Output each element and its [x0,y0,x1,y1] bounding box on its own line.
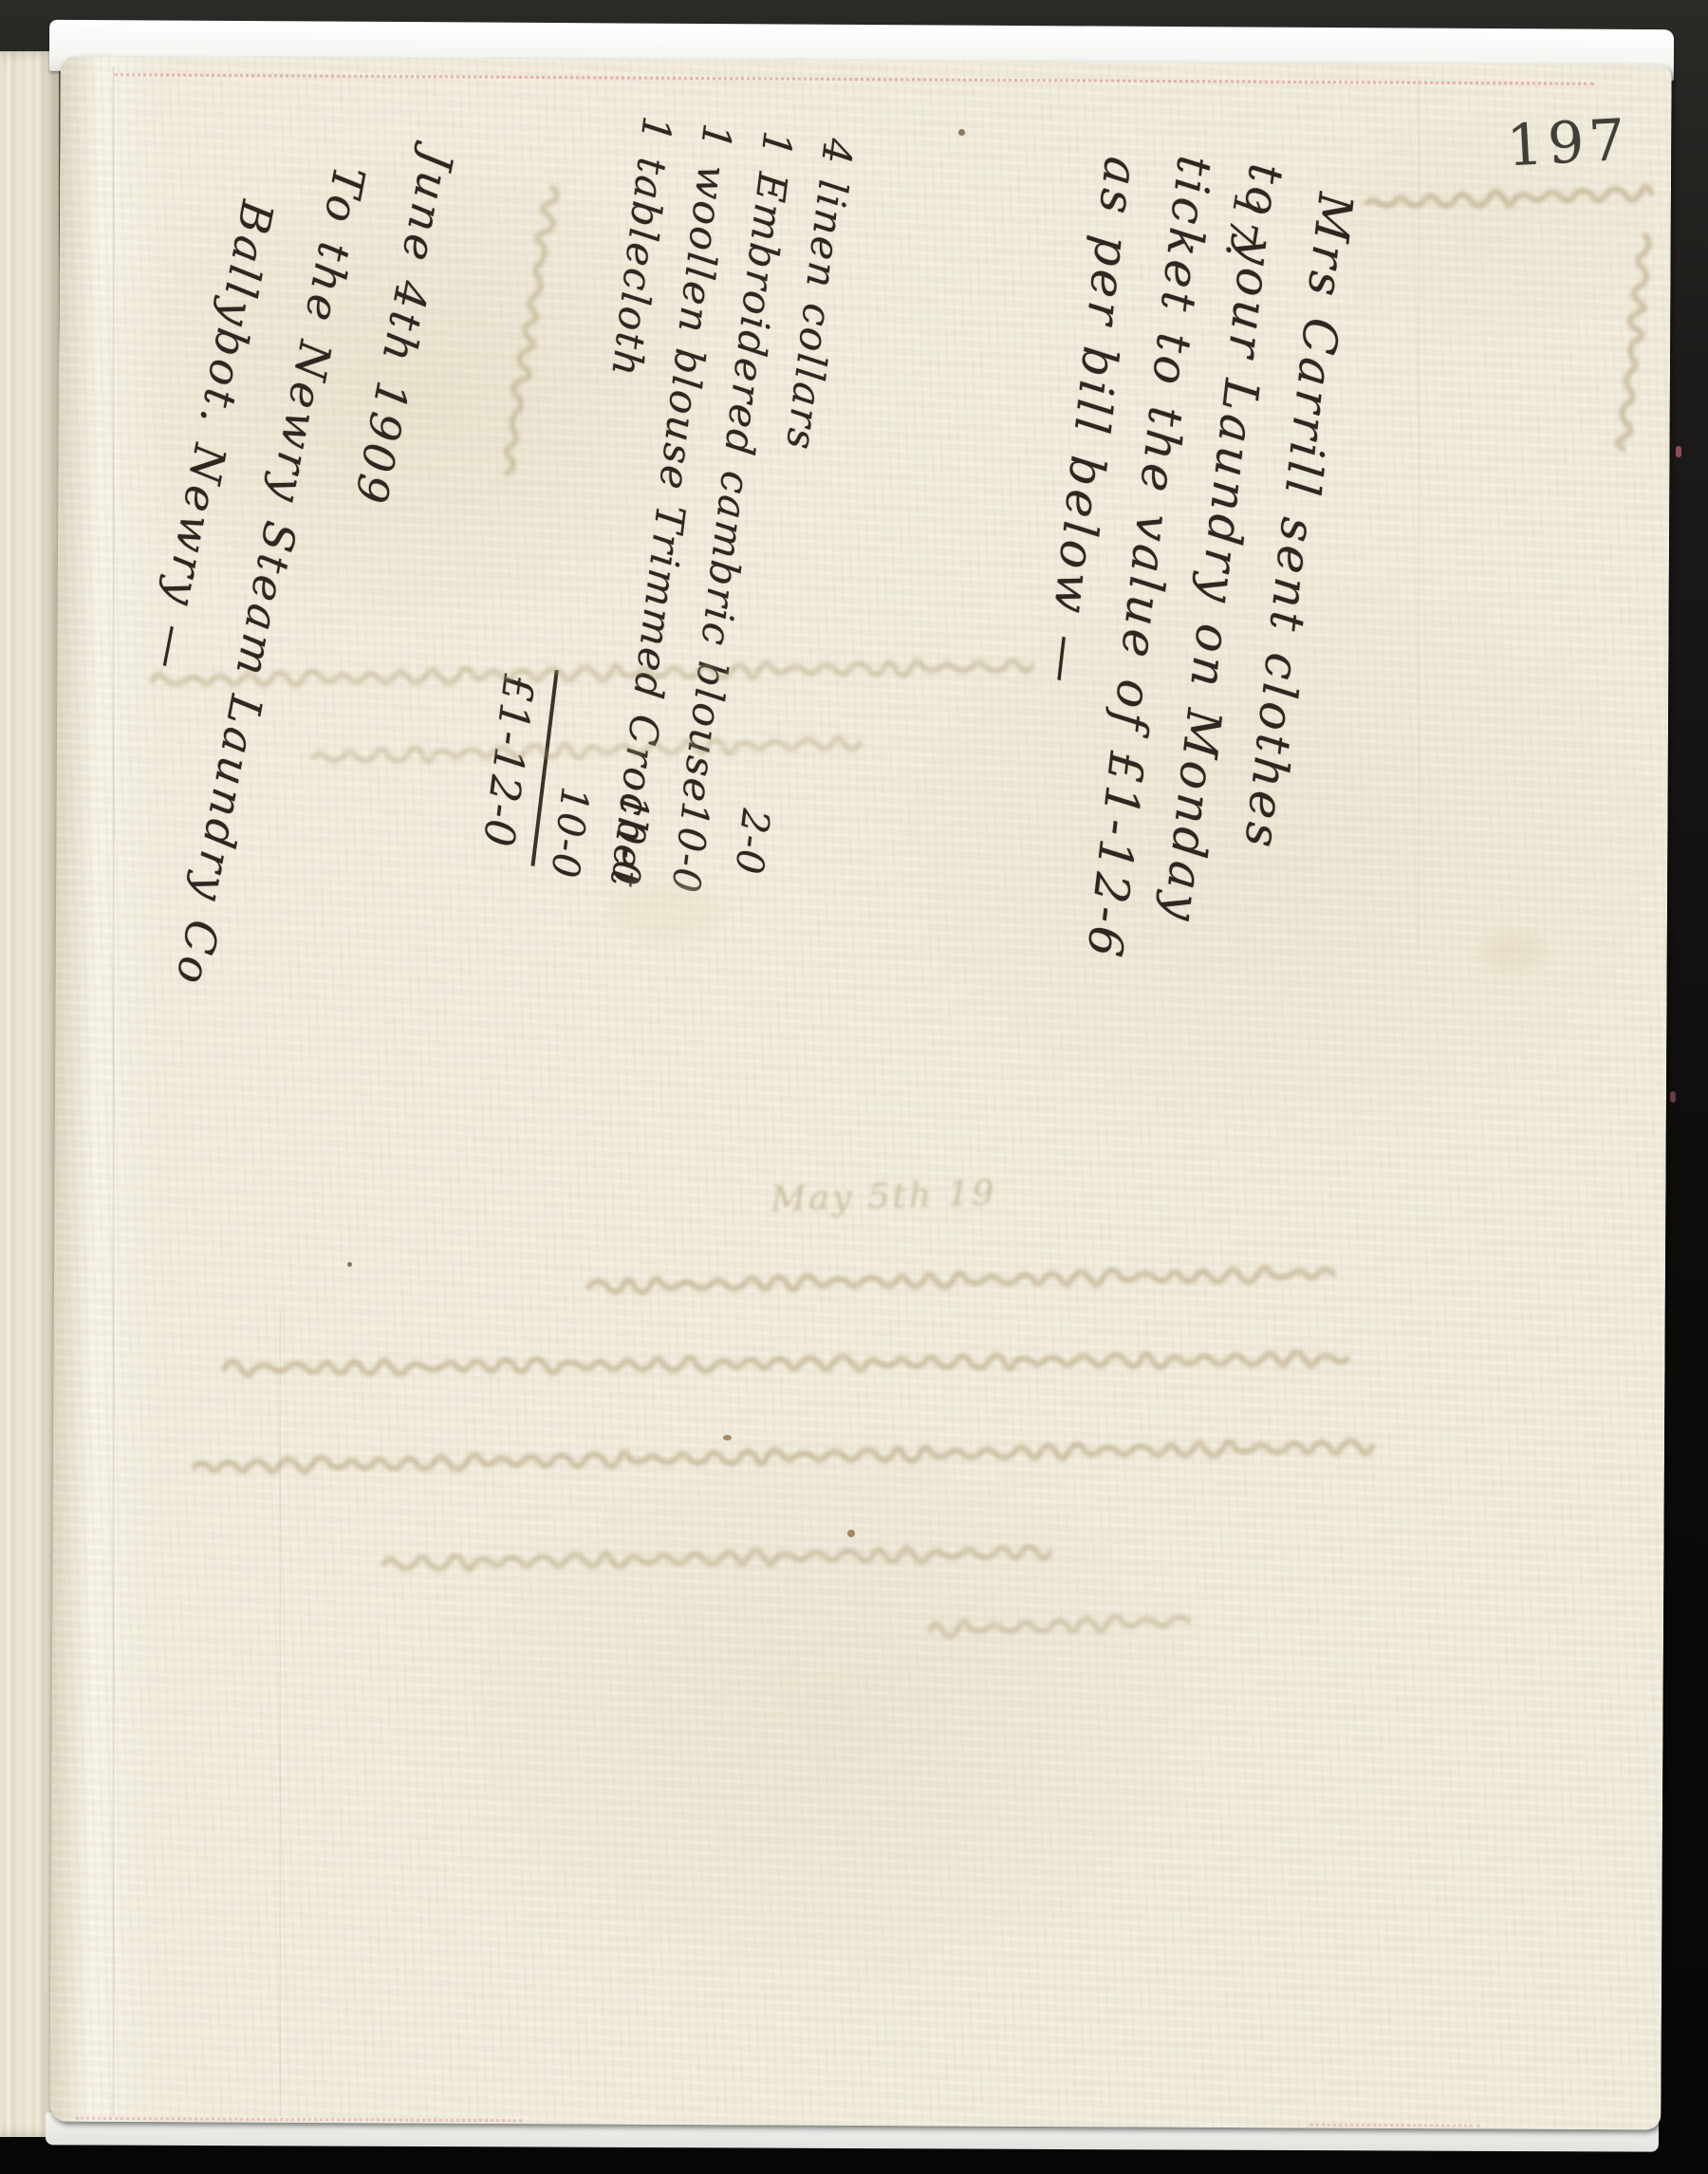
stain-speck [723,1435,732,1440]
stain-speck [847,1530,855,1537]
ink-speck [347,1262,352,1267]
printed-page-number: 197 [1505,107,1631,180]
gutter-crease [112,66,117,2116]
stain-blob [1480,930,1547,974]
ghost-date: May 5th 19 [770,1175,997,1219]
fore-edge-pink-speck [1676,446,1681,457]
bill-item-price: 10-0 [533,783,604,883]
bill-item-price: 2-0 [717,806,786,880]
page-crease-right [1418,76,1421,949]
bill-item-price: 10-0 [594,790,665,890]
page-crease-lower [279,1310,283,2116]
ink-speck [958,129,965,136]
stain-blob [607,883,721,939]
fore-edge-pink-speck [1670,1091,1676,1103]
